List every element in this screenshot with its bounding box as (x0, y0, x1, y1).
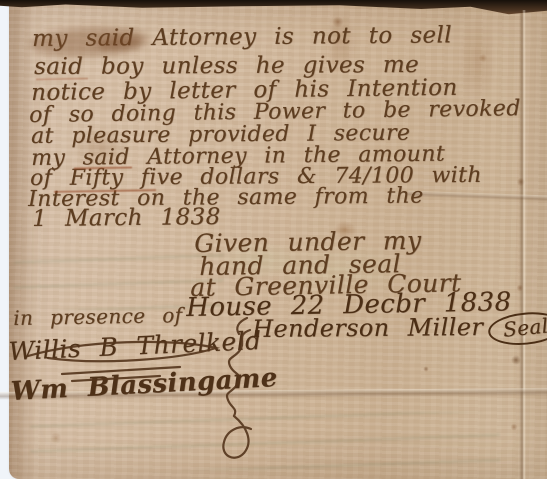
fold-crease-vertical (519, 10, 526, 479)
signer-signature: Henderson Miller (252, 313, 483, 343)
signer-signature-row: Henderson MillerSeal (252, 312, 547, 347)
manuscript-line: 1 March 1838 (32, 204, 221, 232)
seal-badge: Seal (487, 309, 547, 348)
witness-label: in presence of (13, 303, 183, 330)
document-photo: my said Attorney is not to sell said boy… (0, 0, 547, 479)
